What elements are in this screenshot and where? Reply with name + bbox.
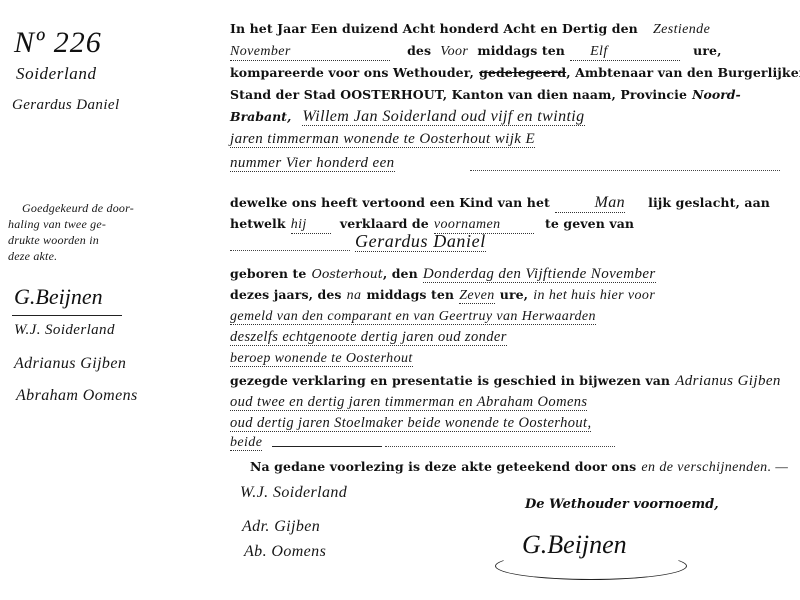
body-line-4: Stand der Stad OOSTERHOUT, Kanton van di… (230, 84, 741, 103)
printed-text: gezegde verklaring en presentatie is ges… (230, 373, 670, 388)
handwritten-text: nummer Vier honderd een (230, 155, 395, 172)
blank-line (230, 250, 350, 251)
handwritten-hour: Zeven (459, 288, 494, 304)
printed-text: dewelke ons heeft vertoond een Kind van … (230, 195, 550, 210)
body-line-14: deszelfs echtgenoote dertig jaren oud zo… (230, 326, 507, 346)
body-line-15: beroep wonende te Oosterhout (230, 347, 413, 367)
body-line-17: oud twee en dertig jaren timmerman en Ab… (230, 391, 587, 411)
body-line-7: nummer Vier honderd een (230, 152, 395, 172)
handwritten-day: Zestiende (653, 22, 710, 37)
printed-text: Stand der Stad OOSTERHOUT, Kanton van di… (230, 87, 687, 102)
margin-signature: W.J. Soiderland (14, 322, 115, 339)
footer-signature: Ab. Oomens (244, 543, 326, 561)
printed-text: In het Jaar Een duizend Acht honderd Ach… (230, 21, 638, 36)
margin-surname: Soiderland (16, 64, 97, 84)
handwritten-text: in het huis hier voor (533, 288, 655, 303)
handwritten-father: Willem Jan Soiderland oud vijf en twinti… (302, 108, 584, 126)
printed-text: middags ten (367, 287, 455, 302)
printed-text: geboren te (230, 266, 306, 281)
footer-signature: Adr. Gijben (242, 518, 320, 536)
printed-text: dezes jaars, des (230, 287, 342, 302)
handwritten-witness: Adrianus Gijben (675, 373, 781, 389)
struck-text: gedelegeerd (479, 65, 566, 80)
body-line-20: Na gedane voorlezing is deze akte geteek… (250, 456, 788, 476)
handwritten-text: beroep wonende te Oosterhout (230, 351, 413, 367)
printed-text: des (407, 43, 431, 58)
handwritten-hour: Elf (570, 44, 680, 61)
body-line-10: Gerardus Daniel (355, 231, 486, 252)
handwritten-text: en de verschijnenden. — (641, 460, 788, 475)
handwritten-text: oud dertig jaren Stoelmaker beide wonend… (230, 415, 591, 432)
blank-line (470, 170, 780, 171)
body-line-3: kompareerde voor ons Wethouder, gedelege… (230, 62, 800, 81)
handwritten-birth-date: Donderdag den Vijftiende November (423, 266, 656, 283)
printed-text: middags ten (477, 43, 565, 58)
printed-text: te geven van (545, 216, 634, 231)
closing-rule (272, 446, 382, 447)
note-line: Goedgekeurd de door- (8, 200, 134, 216)
printed-text: ure, (693, 43, 721, 58)
margin-signature: Abraham Oomens (16, 387, 138, 405)
blank-line (385, 446, 615, 447)
handwritten-text: deszelfs echtgenoote dertig jaren oud zo… (230, 329, 507, 346)
handwritten-child-name: Gerardus Daniel (355, 231, 486, 252)
body-line-13: gemeld van den comparant en van Geertruy… (230, 305, 596, 325)
body-line-11: geboren te Oosterhout, den Donderdag den… (230, 263, 656, 283)
signature-flourish (12, 315, 122, 316)
handwritten-part-of-day: Voor (440, 44, 468, 59)
record-number: Nº 226 (14, 26, 102, 60)
body-line-1: In het Jaar Een duizend Acht honderd Ach… (230, 18, 710, 38)
handwritten-text: na (347, 288, 362, 303)
note-line: haling van twee ge- (8, 216, 134, 232)
printed-italic-text: Oosterhout (312, 266, 383, 281)
signature-flourish (495, 552, 687, 580)
printed-text: verklaard de (340, 216, 429, 231)
printed-text: ure, (500, 287, 528, 302)
handwritten-text: gemeld van den comparant en van Geertruy… (230, 309, 596, 325)
printed-text: kompareerde voor ons Wethouder, (230, 65, 474, 80)
printed-italic-text: Noord- (692, 87, 741, 102)
official-title: De Wethouder voornoemd, (525, 497, 719, 512)
body-line-5: Brabant, Willem Jan Soiderland oud vijf … (230, 106, 585, 126)
handwritten-text: beide (230, 435, 262, 451)
printed-text: , Ambtenaar van den Burgerlijken (566, 65, 800, 80)
margin-approval-note: Goedgekeurd de door- haling van twee ge-… (8, 200, 134, 264)
note-line: drukte woorden in (8, 232, 134, 248)
margin-given-names: Gerardus Daniel (12, 97, 120, 114)
printed-text: Na gedane voorlezing is deze akte geteek… (250, 459, 636, 474)
handwritten-text: hij (291, 217, 331, 234)
note-line: deze akte. (8, 248, 134, 264)
printed-text: , den (383, 266, 418, 281)
body-line-8: dewelke ons heeft vertoond een Kind van … (230, 192, 770, 213)
printed-text: hetwelk (230, 216, 286, 231)
body-line-12: dezes jaars, des na middags ten Zeven ur… (230, 284, 655, 304)
body-line-18: oud dertig jaren Stoelmaker beide wonend… (230, 412, 591, 432)
handwritten-sex: Man (555, 194, 625, 213)
footer-signature: W.J. Soiderland (240, 484, 347, 502)
printed-text: lijk geslacht, aan (648, 195, 770, 210)
handwritten-text: oud twee en dertig jaren timmerman en Ab… (230, 394, 587, 411)
body-line-6: jaren timmerman wonende te Oosterhout wi… (230, 128, 535, 148)
margin-signature: Adrianus Gijben (14, 355, 126, 373)
body-line-19: beide (230, 431, 262, 451)
handwritten-month: November (230, 44, 390, 61)
body-line-2: November des Voor middags ten Elf ure, (230, 40, 722, 61)
body-line-16: gezegde verklaring en presentatie is ges… (230, 370, 781, 390)
handwritten-text: jaren timmerman wonende te Oosterhout wi… (230, 131, 535, 148)
printed-italic-text: Brabant, (230, 109, 291, 124)
margin-initial-signature: G.Beijnen (14, 284, 103, 310)
